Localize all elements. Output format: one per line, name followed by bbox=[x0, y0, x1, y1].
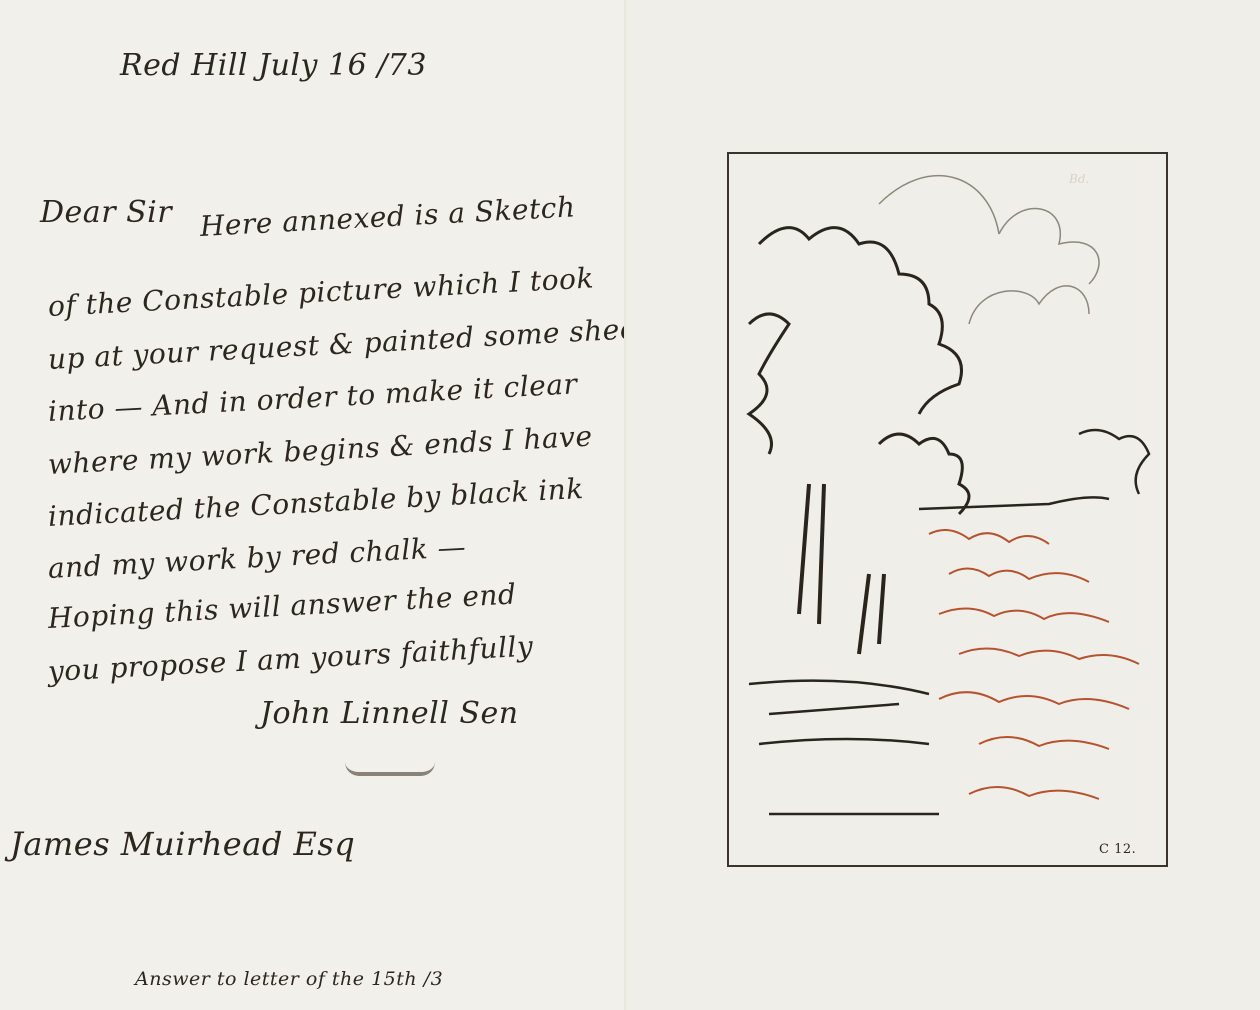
sketch-drawing bbox=[729, 154, 1166, 865]
body-line: of the Constable picture which I took bbox=[47, 261, 595, 323]
sketch-corner-mark-top: Bd. bbox=[1069, 172, 1089, 186]
body-line: where my work begins & ends I have bbox=[47, 419, 593, 480]
body-line: Hoping this will answer the end bbox=[47, 577, 517, 634]
letter-page: Red Hill July 16 /73 Dear Sir Here annex… bbox=[0, 0, 628, 1010]
salutation: Dear Sir bbox=[40, 195, 172, 230]
annotation-note: Answer to letter of the 15th /3 bbox=[135, 968, 443, 990]
body-line: Here annexed is a Sketch bbox=[199, 190, 576, 243]
signature: John Linnell Sen bbox=[260, 696, 519, 731]
letter-sheet: Red Hill July 16 /73 Dear Sir Here annex… bbox=[0, 0, 1260, 1010]
body-line: up at your request & painted some sheep bbox=[47, 311, 656, 376]
body-line: you propose I am yours faithfully bbox=[47, 630, 534, 688]
landscape-sketch: Bd. C 12. bbox=[727, 152, 1168, 867]
body-line: and my work by red chalk — bbox=[47, 530, 467, 585]
body-line: into — And in order to make it clear bbox=[47, 367, 578, 428]
dateline: Red Hill July 16 /73 bbox=[120, 48, 427, 83]
body-line: indicated the Constable by black ink bbox=[47, 472, 584, 533]
signature-flourish bbox=[345, 762, 435, 776]
sketch-catalog-mark: C 12. bbox=[1099, 842, 1136, 857]
recipient: James Muirhead Esq bbox=[10, 825, 355, 863]
